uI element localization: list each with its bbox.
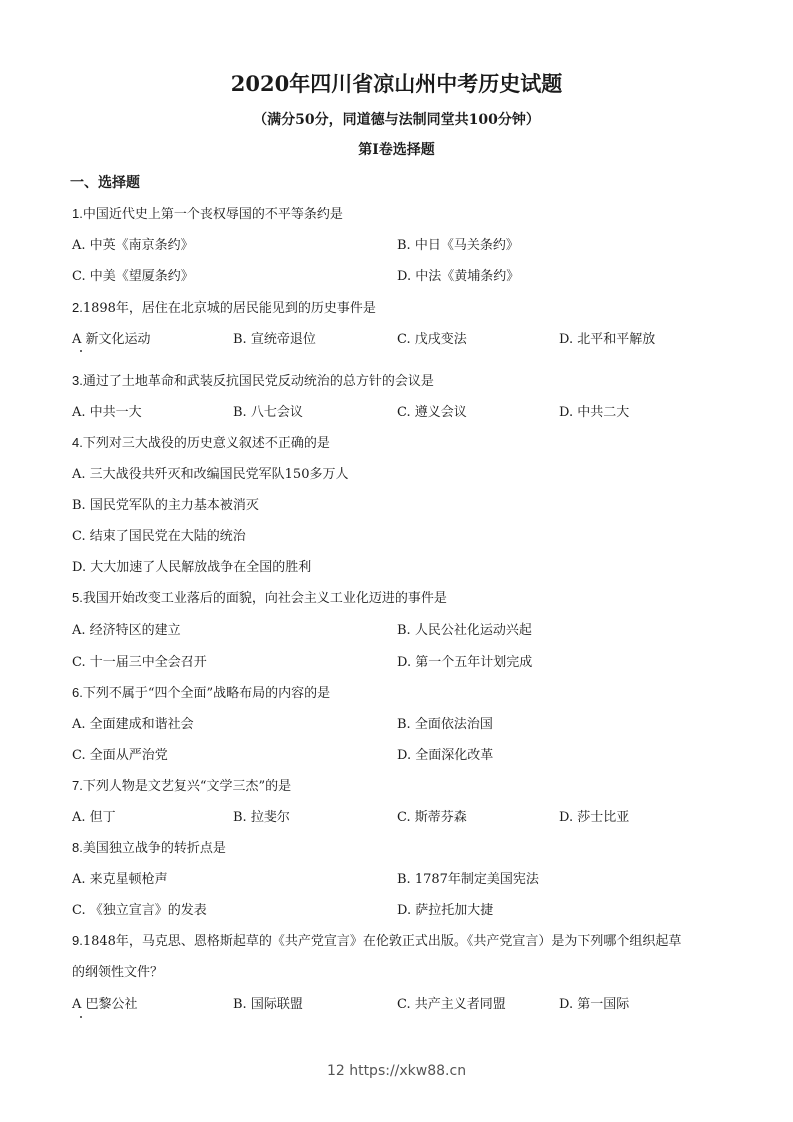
question-number: 7. xyxy=(72,778,83,793)
option-b: B. 国际联盟 xyxy=(233,993,303,1012)
option-b: B. 人民公社化运动兴起 xyxy=(397,619,532,638)
option-a: A. 中共一大 xyxy=(72,401,142,420)
question-4: 4.下列对三大战役的历史意义叙述不正确的是 xyxy=(72,432,330,451)
question-text: 美国独立战争的转折点是 xyxy=(83,841,226,856)
option-d: D. 全面深化改革 xyxy=(397,744,493,763)
question-number: 6. xyxy=(72,685,83,700)
option-a: A. 中英《南京条约》 xyxy=(72,234,194,253)
option-a: A. 全面建成和谐社会 xyxy=(72,713,194,732)
option-d: D. 莎士比亚 xyxy=(559,806,629,825)
scan-artifact xyxy=(80,1016,82,1018)
question-9: 9.1848年，马克思、恩格斯起草的《共产党宣言》在伦敦正式出版。《共产党宣言）… xyxy=(72,930,681,949)
option-b: B. 中日《马关条约》 xyxy=(397,234,519,253)
question-3: 3.通过了土地革命和武装反抗国民党反动统治的总方针的会议是 xyxy=(72,370,434,389)
option-d: D. 北平和平解放 xyxy=(559,328,655,347)
question-text: 通过了土地革命和武装反抗国民党反动统治的总方针的会议是 xyxy=(83,374,434,389)
question-6: 6.下列不属于“四个全面”战略布局的内容的是 xyxy=(72,682,330,701)
option-a: A 巴黎公社 xyxy=(72,993,138,1012)
scan-artifact xyxy=(80,350,82,352)
question-text: 中国近代史上第一个丧权辱国的不平等条约是 xyxy=(83,207,343,222)
option-d: D. 第一国际 xyxy=(559,993,629,1012)
question-7: 7.下列人物是文艺复兴“文学三杰”的是 xyxy=(72,775,291,794)
question-number: 4. xyxy=(72,435,83,450)
question-number: 5. xyxy=(72,590,83,605)
option-b: B. 宣统帝退位 xyxy=(233,328,316,347)
option-c: C. 共产主义者同盟 xyxy=(397,993,506,1012)
option-a: A. 但丁 xyxy=(72,806,116,825)
question-text: 下列不属于“四个全面”战略布局的内容的是 xyxy=(83,686,330,701)
question-text: 1848年，马克思、恩格斯起草的《共产党宣言》在伦敦正式出版。《共产党宣言）是为… xyxy=(83,934,682,949)
question-number: 9. xyxy=(72,933,83,948)
question-number: 3. xyxy=(72,373,83,388)
option-d: D. 第一个五年计划完成 xyxy=(397,651,532,670)
option-a: A. 来克星顿枪声 xyxy=(72,868,168,887)
page-title: 2020年四川省凉山州中考历史试题 xyxy=(0,68,793,98)
question-number: 1. xyxy=(72,206,83,221)
option-b: B. 1787年制定美国宪法 xyxy=(397,868,539,887)
option-a: A 新文化运动 xyxy=(72,328,151,347)
option-c: C. 全面从严治党 xyxy=(72,744,168,763)
section-heading: 一、选择题 xyxy=(70,172,140,192)
option-c: C. 十一届三中全会召开 xyxy=(72,651,207,670)
question-text: 下列对三大战役的历史意义叙述不正确的是 xyxy=(83,436,330,451)
option-c: C. 戊戌变法 xyxy=(397,328,467,347)
question-number: 8. xyxy=(72,840,83,855)
option-d: D. 中法《黄埔条约》 xyxy=(397,265,519,284)
option-b: B. 拉斐尔 xyxy=(233,806,290,825)
option-a: A. 三大战役共歼灭和改编国民党军队150多万人 xyxy=(72,463,348,482)
option-d: D. 大大加速了人民解放战争在全国的胜利 xyxy=(72,556,311,575)
question-text: 下列人物是文艺复兴“文学三杰”的是 xyxy=(83,779,291,794)
option-c: C. 《独立宣言》的发表 xyxy=(72,899,207,918)
option-c: C. 遵义会议 xyxy=(397,401,467,420)
question-2: 2.1898年，居住在北京城的居民能见到的历史事件是 xyxy=(72,297,376,316)
option-b: B. 全面依法治国 xyxy=(397,713,493,732)
option-c: C. 斯蒂芬森 xyxy=(397,806,467,825)
option-c: C. 中美《望厦条约》 xyxy=(72,265,194,284)
question-text: 1898年，居住在北京城的居民能见到的历史事件是 xyxy=(83,301,376,316)
option-a: A. 经济特区的建立 xyxy=(72,619,181,638)
option-b: B. 国民党军队的主力基本被消灭 xyxy=(72,494,259,513)
option-b: B. 八七会议 xyxy=(233,401,303,420)
option-c: C. 结束了国民党在大陆的统治 xyxy=(72,525,246,544)
page-footer: 12 https://xkw88.cn xyxy=(0,1063,793,1079)
question-8: 8.美国独立战争的转折点是 xyxy=(72,837,226,856)
question-9-continued: 的纲领性文件？ xyxy=(72,961,163,980)
question-5: 5.我国开始改变工业落后的面貌，向社会主义工业化迈进的事件是 xyxy=(72,587,447,606)
exam-info: （满分50分，同道德与法制同堂共100分钟） xyxy=(0,109,793,129)
volume-heading: 第Ⅰ卷选择题 xyxy=(0,139,793,159)
option-d: D. 中共二大 xyxy=(559,401,629,420)
question-number: 2. xyxy=(72,300,83,315)
question-text: 我国开始改变工业落后的面貌，向社会主义工业化迈进的事件是 xyxy=(83,591,447,606)
option-d: D. 萨拉托加大捷 xyxy=(397,899,493,918)
question-1: 1.中国近代史上第一个丧权辱国的不平等条约是 xyxy=(72,203,343,222)
